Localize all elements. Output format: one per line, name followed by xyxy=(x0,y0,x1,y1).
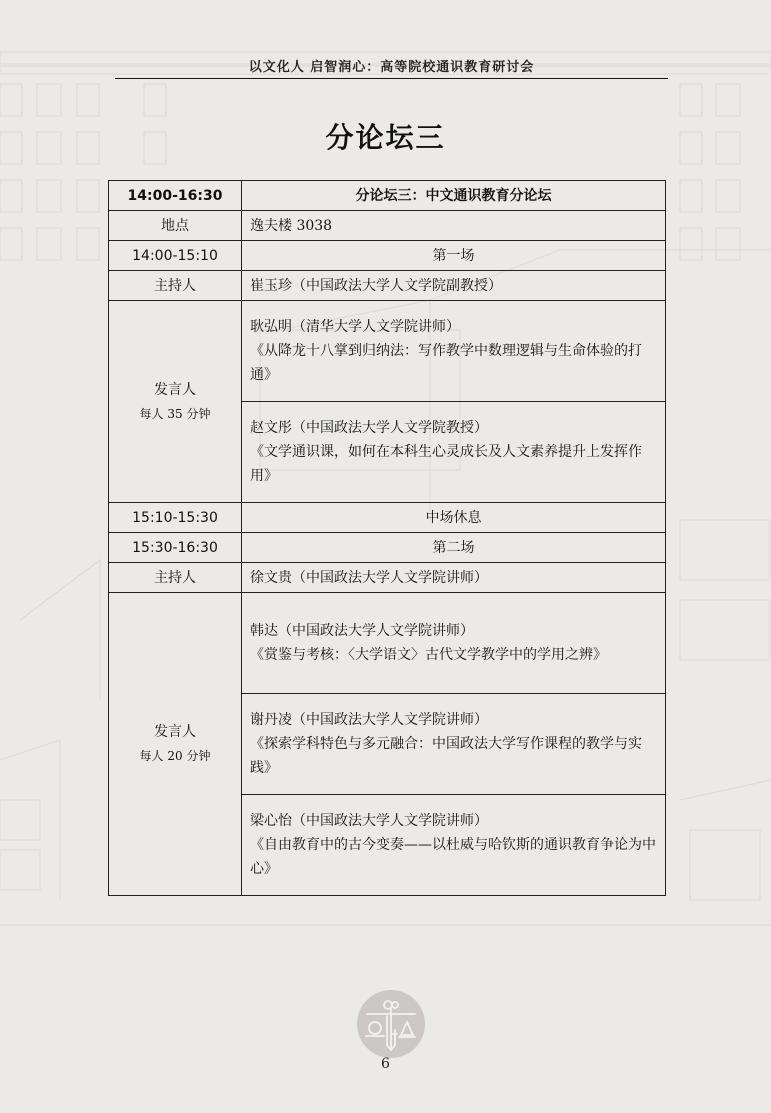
talk-speaker: 梁心怡（中国政法大学人文学院讲师） xyxy=(250,809,657,833)
speakers2-label-cell: 发言人 每人 20 分钟 xyxy=(109,593,242,896)
break-time: 15:10-15:30 xyxy=(109,503,242,533)
talk-cell: 赵文彤（中国政法大学人文学院教授） 《文学通识课，如何在本科生心灵成长及人文素养… xyxy=(242,402,666,503)
host1-label: 主持人 xyxy=(109,271,242,301)
page-title: 分论坛三 xyxy=(0,116,771,156)
table-row-host1: 主持人 崔玉珍（中国政法大学人文学院副教授） xyxy=(109,271,666,301)
table-row-speaker: 发言人 每人 35 分钟 耿弘明（清华大学人文学院讲师） 《从降龙十八掌到归纳法… xyxy=(109,301,666,402)
table-row-head: 14:00-16:30 分论坛三：中文通识教育分论坛 xyxy=(109,181,666,211)
venue-label: 地点 xyxy=(109,211,242,241)
session2-time: 15:30-16:30 xyxy=(109,533,242,563)
talk-title: 《赏鉴与考核：〈大学语文〉古代文学教学中的学用之辨》 xyxy=(250,643,657,667)
talk-speaker: 韩达（中国政法大学人文学院讲师） xyxy=(250,619,657,643)
break-title: 中场休息 xyxy=(242,503,666,533)
speakers1-label: 发言人 xyxy=(117,378,233,402)
talk-title: 《探索学科特色与多元融合：中国政法大学写作课程的教学与实践》 xyxy=(250,732,657,780)
talk-speaker: 谢丹凌（中国政法大学人文学院讲师） xyxy=(250,708,657,732)
table-row-host2: 主持人 徐文贵（中国政法大学人文学院讲师） xyxy=(109,563,666,593)
talk-cell: 梁心怡（中国政法大学人文学院讲师） 《自由教育中的古今变奏——以杜威与哈钦斯的通… xyxy=(242,795,666,896)
host1-value: 崔玉珍（中国政法大学人文学院副教授） xyxy=(242,271,666,301)
speakers2-duration: 每人 20 分钟 xyxy=(117,744,233,768)
talk-speaker: 赵文彤（中国政法大学人文学院教授） xyxy=(250,416,657,440)
talk-cell: 韩达（中国政法大学人文学院讲师） 《赏鉴与考核：〈大学语文〉古代文学教学中的学用… xyxy=(242,593,666,694)
speakers2-label: 发言人 xyxy=(117,720,233,744)
venue-value: 逸夫楼 3038 xyxy=(242,211,666,241)
host2-label: 主持人 xyxy=(109,563,242,593)
schedule-table: 14:00-16:30 分论坛三：中文通识教育分论坛 地点 逸夫楼 3038 1… xyxy=(108,180,666,896)
talk-cell: 谢丹凌（中国政法大学人文学院讲师） 《探索学科特色与多元融合：中国政法大学写作课… xyxy=(242,694,666,795)
table-row-break: 15:10-15:30 中场休息 xyxy=(109,503,666,533)
session1-title: 第一场 xyxy=(242,241,666,271)
speakers1-duration: 每人 35 分钟 xyxy=(117,402,233,426)
forum-time: 14:00-16:30 xyxy=(109,181,242,211)
talk-title: 《文学通识课，如何在本科生心灵成长及人文素养提升上发挥作用》 xyxy=(250,440,657,488)
talk-title: 《从降龙十八掌到归纳法：写作教学中数理逻辑与生命体验的打通》 xyxy=(250,339,657,387)
running-header: 以文化人 启智润心：高等院校通识教育研讨会 xyxy=(115,56,668,75)
table-row-speaker: 发言人 每人 20 分钟 韩达（中国政法大学人文学院讲师） 《赏鉴与考核：〈大学… xyxy=(109,593,666,694)
session1-time: 14:00-15:10 xyxy=(109,241,242,271)
talk-speaker: 耿弘明（清华大学人文学院讲师） xyxy=(250,315,657,339)
speakers1-label-cell: 发言人 每人 35 分钟 xyxy=(109,301,242,503)
talk-title: 《自由教育中的古今变奏——以杜威与哈钦斯的通识教育争论为中心》 xyxy=(250,833,657,881)
talk-cell: 耿弘明（清华大学人文学院讲师） 《从降龙十八掌到归纳法：写作教学中数理逻辑与生命… xyxy=(242,301,666,402)
table-row-venue: 地点 逸夫楼 3038 xyxy=(109,211,666,241)
table-row-session1: 14:00-15:10 第一场 xyxy=(109,241,666,271)
university-emblem-icon xyxy=(357,990,425,1058)
page-number: 6 xyxy=(0,1056,771,1072)
session2-title: 第二场 xyxy=(242,533,666,563)
table-row-session2: 15:30-16:30 第二场 xyxy=(109,533,666,563)
forum-title: 分论坛三：中文通识教育分论坛 xyxy=(242,181,666,211)
header-rule xyxy=(115,78,668,79)
host2-value: 徐文贵（中国政法大学人文学院讲师） xyxy=(242,563,666,593)
